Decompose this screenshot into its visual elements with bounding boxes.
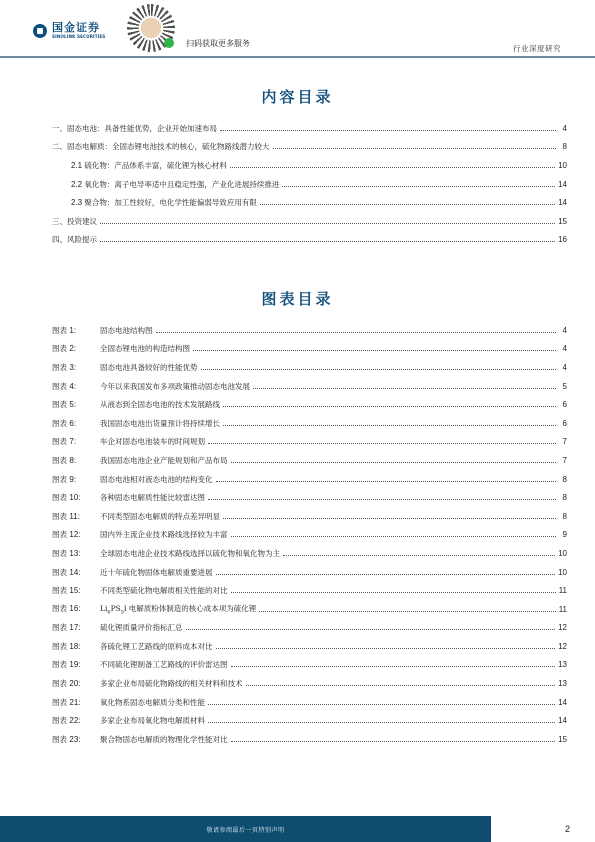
dot-leader <box>223 425 556 426</box>
figure-entry-label: 图表 12:国内外主流企业技术路线选择较为丰富 <box>52 529 230 540</box>
dot-leader <box>230 167 555 168</box>
toc-entry[interactable]: 一、固态电池：具备性能优势，企业开始加速布局4 <box>52 119 567 138</box>
toc-entry[interactable]: 2.2 氧化物：离子电导率适中且稳定性强，产业化进展持续推进14 <box>52 175 567 194</box>
figure-entry[interactable]: 图表 22:多家企业布局氧化物电解质材料14 <box>52 711 567 730</box>
figure-entry-label: 图表 6:我国固态电池出货量预计将持续增长 <box>52 418 222 429</box>
page-number: 2 <box>491 816 595 842</box>
figure-entry-label: 图表 2:全固态锂电池的构造结构图 <box>52 343 192 354</box>
figure-entry[interactable]: 图表 11:不同类型固态电解质的特点差异明显8 <box>52 507 567 526</box>
dot-leader <box>156 332 557 333</box>
dot-leader <box>208 499 556 500</box>
toc-entry-page: 10 <box>558 161 567 170</box>
toc-entry[interactable]: 二、固态电解质：全固态锂电池技术的核心，硫化物路线潜力较大8 <box>52 138 567 157</box>
figure-entry[interactable]: 图表 2:全固态锂电池的构造结构图4 <box>52 340 567 359</box>
figure-entry-page: 14 <box>558 716 567 725</box>
figure-entry-page: 13 <box>558 679 567 688</box>
figure-entry-label: 图表 11:不同类型固态电解质的特点差异明显 <box>52 511 222 522</box>
brand-name-cn: 国金证券 <box>52 22 105 33</box>
figure-entry-label: 图表 5:从液态到全固态电池的技术发展路线 <box>52 399 222 410</box>
toc-entry-page: 15 <box>558 217 567 226</box>
figure-entry-label: 图表 16:Li6PS5l 电解质粉体制造的核心成本项为硫化锂 <box>52 603 258 616</box>
figure-entry-page: 4 <box>559 363 567 372</box>
dot-leader <box>208 704 555 705</box>
dot-leader <box>246 685 556 686</box>
figure-entry[interactable]: 图表 6:我国固态电池出货量预计将持续增长6 <box>52 414 567 433</box>
figure-entry-page: 15 <box>558 735 567 744</box>
figure-entry-label: 图表 4:今年以来我国发布多项政策推动固态电池发展 <box>52 381 252 392</box>
figure-entry-page: 4 <box>559 326 567 335</box>
figure-entry-label: 图表 14:近十年硫化物固体电解质重要进展 <box>52 567 215 578</box>
figure-entry-label: 图表 19:不同硫化锂制备工艺路线的评价雷达图 <box>52 659 230 670</box>
toc-entry-label: 二、固态电解质：全固态锂电池技术的核心，硫化物路线潜力较大 <box>52 141 272 152</box>
toc-entry-label: 2.2 氧化物：离子电导率适中且稳定性强，产业化进展持续推进 <box>71 179 281 190</box>
figure-entry-page: 10 <box>558 568 567 577</box>
toc-entry-page: 8 <box>559 142 567 151</box>
figure-entry[interactable]: 图表 20:多家企业布局硫化物路线的相关材料和技术13 <box>52 674 567 693</box>
dot-leader <box>231 592 556 593</box>
figure-entry-page: 7 <box>559 456 567 465</box>
page-header: 国金证券 SINOLINK SECURITIES 扫码获取更多服务 行业深度研究 <box>0 0 595 56</box>
dot-leader <box>208 443 556 444</box>
dot-leader <box>216 481 557 482</box>
figure-entry[interactable]: 图表 4:今年以来我国发布多项政策推动固态电池发展5 <box>52 377 567 396</box>
figure-entry-label: 图表 7:车企对固态电池装车的时间规划 <box>52 436 207 447</box>
brand-mark-icon <box>33 24 47 38</box>
dot-leader <box>231 741 556 742</box>
dot-leader <box>259 611 555 612</box>
toc-entry[interactable]: 四、风险提示16 <box>52 231 567 250</box>
page-footer: 敬请参阅最后一页特别声明 2 <box>0 816 595 842</box>
dot-leader <box>260 204 555 205</box>
figure-entry[interactable]: 图表 9:固态电池相对液态电池的结构变化8 <box>52 470 567 489</box>
figure-entry[interactable]: 图表 12:国内外主流企业技术路线选择较为丰富9 <box>52 526 567 545</box>
figure-entry-page: 12 <box>558 623 567 632</box>
figure-entry-label: 图表 9:固态电池相对液态电池的结构变化 <box>52 474 215 485</box>
brand-name-en: SINOLINK SECURITIES <box>52 35 105 39</box>
figure-entry[interactable]: 图表 10:各种固态电解质性能比较雷达图8 <box>52 488 567 507</box>
figure-entry-label: 图表 22:多家企业布局氧化物电解质材料 <box>52 715 207 726</box>
figure-entry-label: 图表 23:聚合物固态电解质的物理化学性能对比 <box>52 734 230 745</box>
figure-entry[interactable]: 图表 19:不同硫化锂制备工艺路线的评价雷达图13 <box>52 656 567 675</box>
toc-entry[interactable]: 2.1 硫化物：产品体系丰富，硫化锂为核心材料10 <box>52 156 567 175</box>
figures-title: 图表目录 <box>0 288 595 309</box>
footer-disclaimer: 敬请参阅最后一页特别声明 <box>206 825 284 834</box>
figure-entry-page: 11 <box>559 586 567 595</box>
figure-entry-page: 8 <box>559 512 567 521</box>
figure-entry[interactable]: 图表 8:我国固态电池企业产能规划和产品布局7 <box>52 451 567 470</box>
figure-entry-page: 7 <box>559 437 567 446</box>
figure-entry-label: 图表 1:固态电池结构图 <box>52 325 155 336</box>
figure-entry[interactable]: 图表 23:聚合物固态电解质的物理化学性能对比15 <box>52 730 567 749</box>
figure-entry-label: 图表 13:全球固态电池企业技术路线选择以硫化物和氧化物为主 <box>52 548 282 559</box>
figure-entry[interactable]: 图表 16:Li6PS5l 电解质粉体制造的核心成本项为硫化锂11 <box>52 600 567 619</box>
wechat-badge-icon <box>164 38 174 48</box>
toc-entry-label: 三、投资建议 <box>52 216 99 227</box>
toc-entry-label: 2.1 硫化物：产品体系丰富，硫化锂为核心材料 <box>71 160 229 171</box>
figure-entry-label: 图表 21:氧化物系固态电解质分类和性能 <box>52 697 207 708</box>
figure-entry-label: 图表 15:不同类型硫化物电解质相关性能的对比 <box>52 585 230 596</box>
figure-entry-page: 4 <box>559 344 567 353</box>
figure-entry-page: 5 <box>559 382 567 391</box>
figure-entry[interactable]: 图表 14:近十年硫化物固体电解质重要进展10 <box>52 563 567 582</box>
dot-leader <box>273 148 557 149</box>
toc-entry-page: 16 <box>558 235 567 244</box>
figure-entry[interactable]: 图表 1:固态电池结构图4 <box>52 321 567 340</box>
figure-entry-page: 6 <box>559 419 567 428</box>
toc-entry-page: 14 <box>558 180 567 189</box>
figure-entry[interactable]: 图表 7:车企对固态电池装车的时间规划7 <box>52 433 567 452</box>
figure-entry[interactable]: 图表 3:固态电池具备较好的性能优势4 <box>52 358 567 377</box>
contents-title: 内容目录 <box>0 86 595 107</box>
figure-entry[interactable]: 图表 17:硫化锂质量评价指标汇总12 <box>52 619 567 638</box>
figure-entry-page: 12 <box>558 642 567 651</box>
dot-leader <box>253 388 556 389</box>
dot-leader <box>186 629 556 630</box>
figure-entry[interactable]: 图表 13:全球固态电池企业技术路线选择以硫化物和氧化物为主10 <box>52 544 567 563</box>
qr-caption: 扫码获取更多服务 <box>186 38 250 49</box>
toc-entry-page: 14 <box>558 198 567 207</box>
figure-entry-page: 9 <box>559 530 567 539</box>
figure-entry[interactable]: 图表 21:氧化物系固态电解质分类和性能14 <box>52 693 567 712</box>
dot-leader <box>216 574 556 575</box>
figure-entry-page: 14 <box>558 698 567 707</box>
figure-entry-label: 图表 17:硫化锂质量评价指标汇总 <box>52 622 185 633</box>
figure-entry-page: 11 <box>559 605 567 614</box>
dot-leader <box>100 241 555 242</box>
dot-leader <box>231 666 556 667</box>
figure-entry-label: 图表 10:各种固态电解质性能比较雷达图 <box>52 492 207 503</box>
dot-leader <box>223 406 556 407</box>
figure-entry-page: 10 <box>558 549 567 558</box>
toc-entry-page: 4 <box>559 124 567 133</box>
brand-logo: 国金证券 SINOLINK SECURITIES <box>33 22 105 39</box>
footer-bar: 敬请参阅最后一页特别声明 <box>0 816 491 842</box>
dot-leader <box>231 536 557 537</box>
toc-entry[interactable]: 2.3 聚合物：加工性较好，电化学性能偏弱导致应用有限14 <box>52 193 567 212</box>
dot-leader <box>193 350 556 351</box>
figure-entry-label: 图表 18:各硫化锂工艺路线的原料成本对比 <box>52 641 215 652</box>
toc-entry-label: 一、固态电池：具备性能优势，企业开始加速布局 <box>52 123 219 134</box>
toc-entry-label: 2.3 聚合物：加工性较好，电化学性能偏弱导致应用有限 <box>71 197 259 208</box>
figure-entry-page: 8 <box>559 493 567 502</box>
figure-entry[interactable]: 图表 5:从液态到全固态电池的技术发展路线6 <box>52 395 567 414</box>
dot-leader <box>216 648 556 649</box>
dot-leader <box>100 223 555 224</box>
toc-entry[interactable]: 三、投资建议15 <box>52 212 567 231</box>
figure-entry-label: 图表 8:我国固态电池企业产能规划和产品布局 <box>52 455 230 466</box>
figure-entry-label: 图表 20:多家企业布局硫化物路线的相关材料和技术 <box>52 678 245 689</box>
header-divider <box>0 56 595 58</box>
dot-leader <box>220 130 556 131</box>
figure-entry-page: 13 <box>558 660 567 669</box>
figure-entry-page: 8 <box>559 475 567 484</box>
dot-leader <box>208 722 555 723</box>
figure-entry[interactable]: 图表 18:各硫化锂工艺路线的原料成本对比12 <box>52 637 567 656</box>
dot-leader <box>201 369 557 370</box>
figure-entry[interactable]: 图表 15:不同类型硫化物电解质相关性能的对比11 <box>52 581 567 600</box>
table-of-contents: 一、固态电池：具备性能优势，企业开始加速布局4二、固态电解质：全固态锂电池技术的… <box>52 119 567 249</box>
dot-leader <box>223 518 556 519</box>
figure-entry-label: 图表 3:固态电池具备较好的性能优势 <box>52 362 200 373</box>
report-type: 行业深度研究 <box>513 43 561 54</box>
dot-leader <box>283 555 555 556</box>
list-of-figures: 图表 1:固态电池结构图4图表 2:全固态锂电池的构造结构图4图表 3:固态电池… <box>52 321 567 749</box>
dot-leader <box>282 186 555 187</box>
toc-entry-label: 四、风险提示 <box>52 234 99 245</box>
figure-entry-page: 6 <box>559 400 567 409</box>
dot-leader <box>231 462 557 463</box>
